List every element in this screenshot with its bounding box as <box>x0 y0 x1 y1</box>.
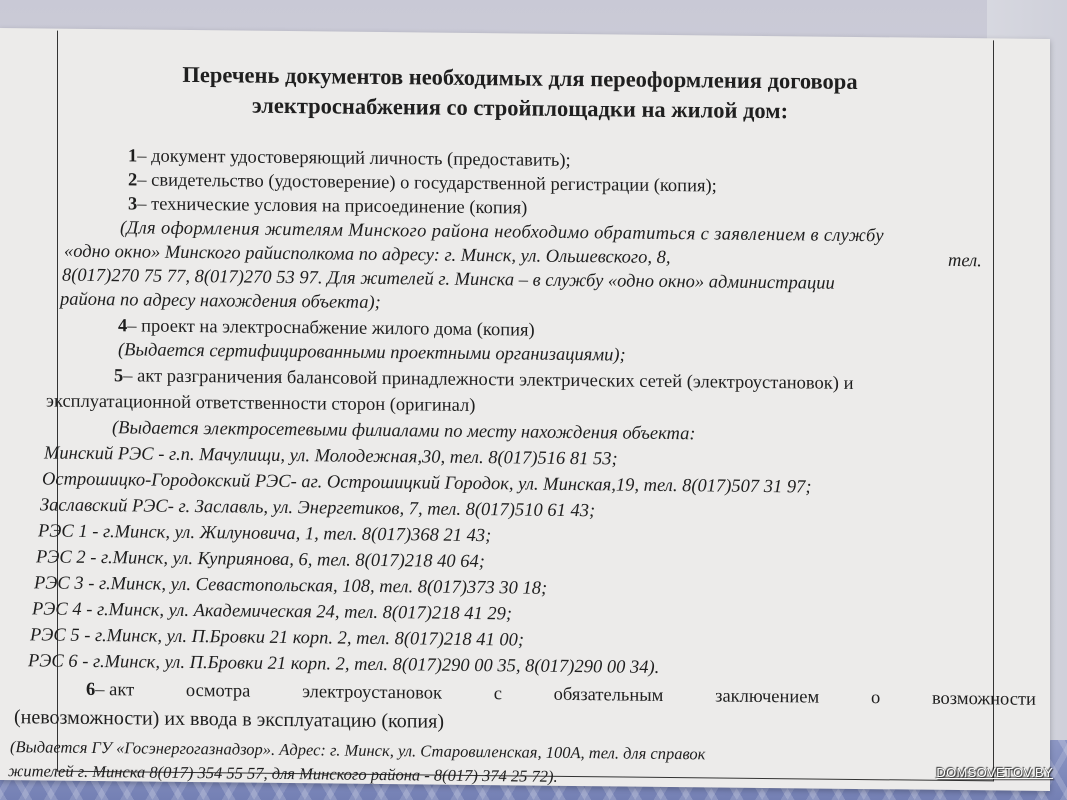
item-word: с <box>494 682 502 706</box>
item-text: – документ удостоверяющий личность (пред… <box>137 146 570 171</box>
document-sheet: Перечень документов необходимых для пере… <box>0 28 1050 791</box>
item-text: – проект на электроснабжение жилого дома… <box>127 316 534 340</box>
item-text: – акт <box>95 680 134 700</box>
item-text: – технические условия на присоединение (… <box>137 194 527 218</box>
note-3-tel: тел. <box>948 249 982 273</box>
item-word: обязательным <box>554 683 664 708</box>
item-number: 3 <box>128 194 137 214</box>
item-number: 5 <box>114 366 123 386</box>
item-number: 2 <box>128 170 137 190</box>
document-title: Перечень документов необходимых для пере… <box>80 59 960 128</box>
item-word: возможности <box>932 687 1036 712</box>
res-item: РЭС 1 - г.Минск, ул. Жилуновича, 1, тел.… <box>38 519 491 548</box>
item-number: 6 <box>86 680 95 700</box>
watermark: DOMSOVETOV.BY <box>936 765 1053 780</box>
item-5-cont: эксплуатационной ответственности сторон … <box>46 389 475 417</box>
res-item: РЭС 4 - г.Минск, ул. Академическая 24, т… <box>32 597 512 626</box>
note-3-line-4: района по адресу нахождения объекта); <box>60 288 381 315</box>
item-word: электроустановок <box>302 680 442 705</box>
item-6-lead: 6– акт <box>86 678 134 703</box>
item-word: о <box>871 686 880 710</box>
res-item: РЭС 2 - г.Минск, ул. Куприянова, 6, тел.… <box>36 545 485 574</box>
item-word: осмотра <box>186 679 250 704</box>
item-word: заключением <box>715 684 819 709</box>
item-6-cont: (невозможности) их ввода в эксплуатацию … <box>14 705 444 734</box>
item-number: 4 <box>118 316 127 336</box>
item-number: 1 <box>128 146 137 166</box>
